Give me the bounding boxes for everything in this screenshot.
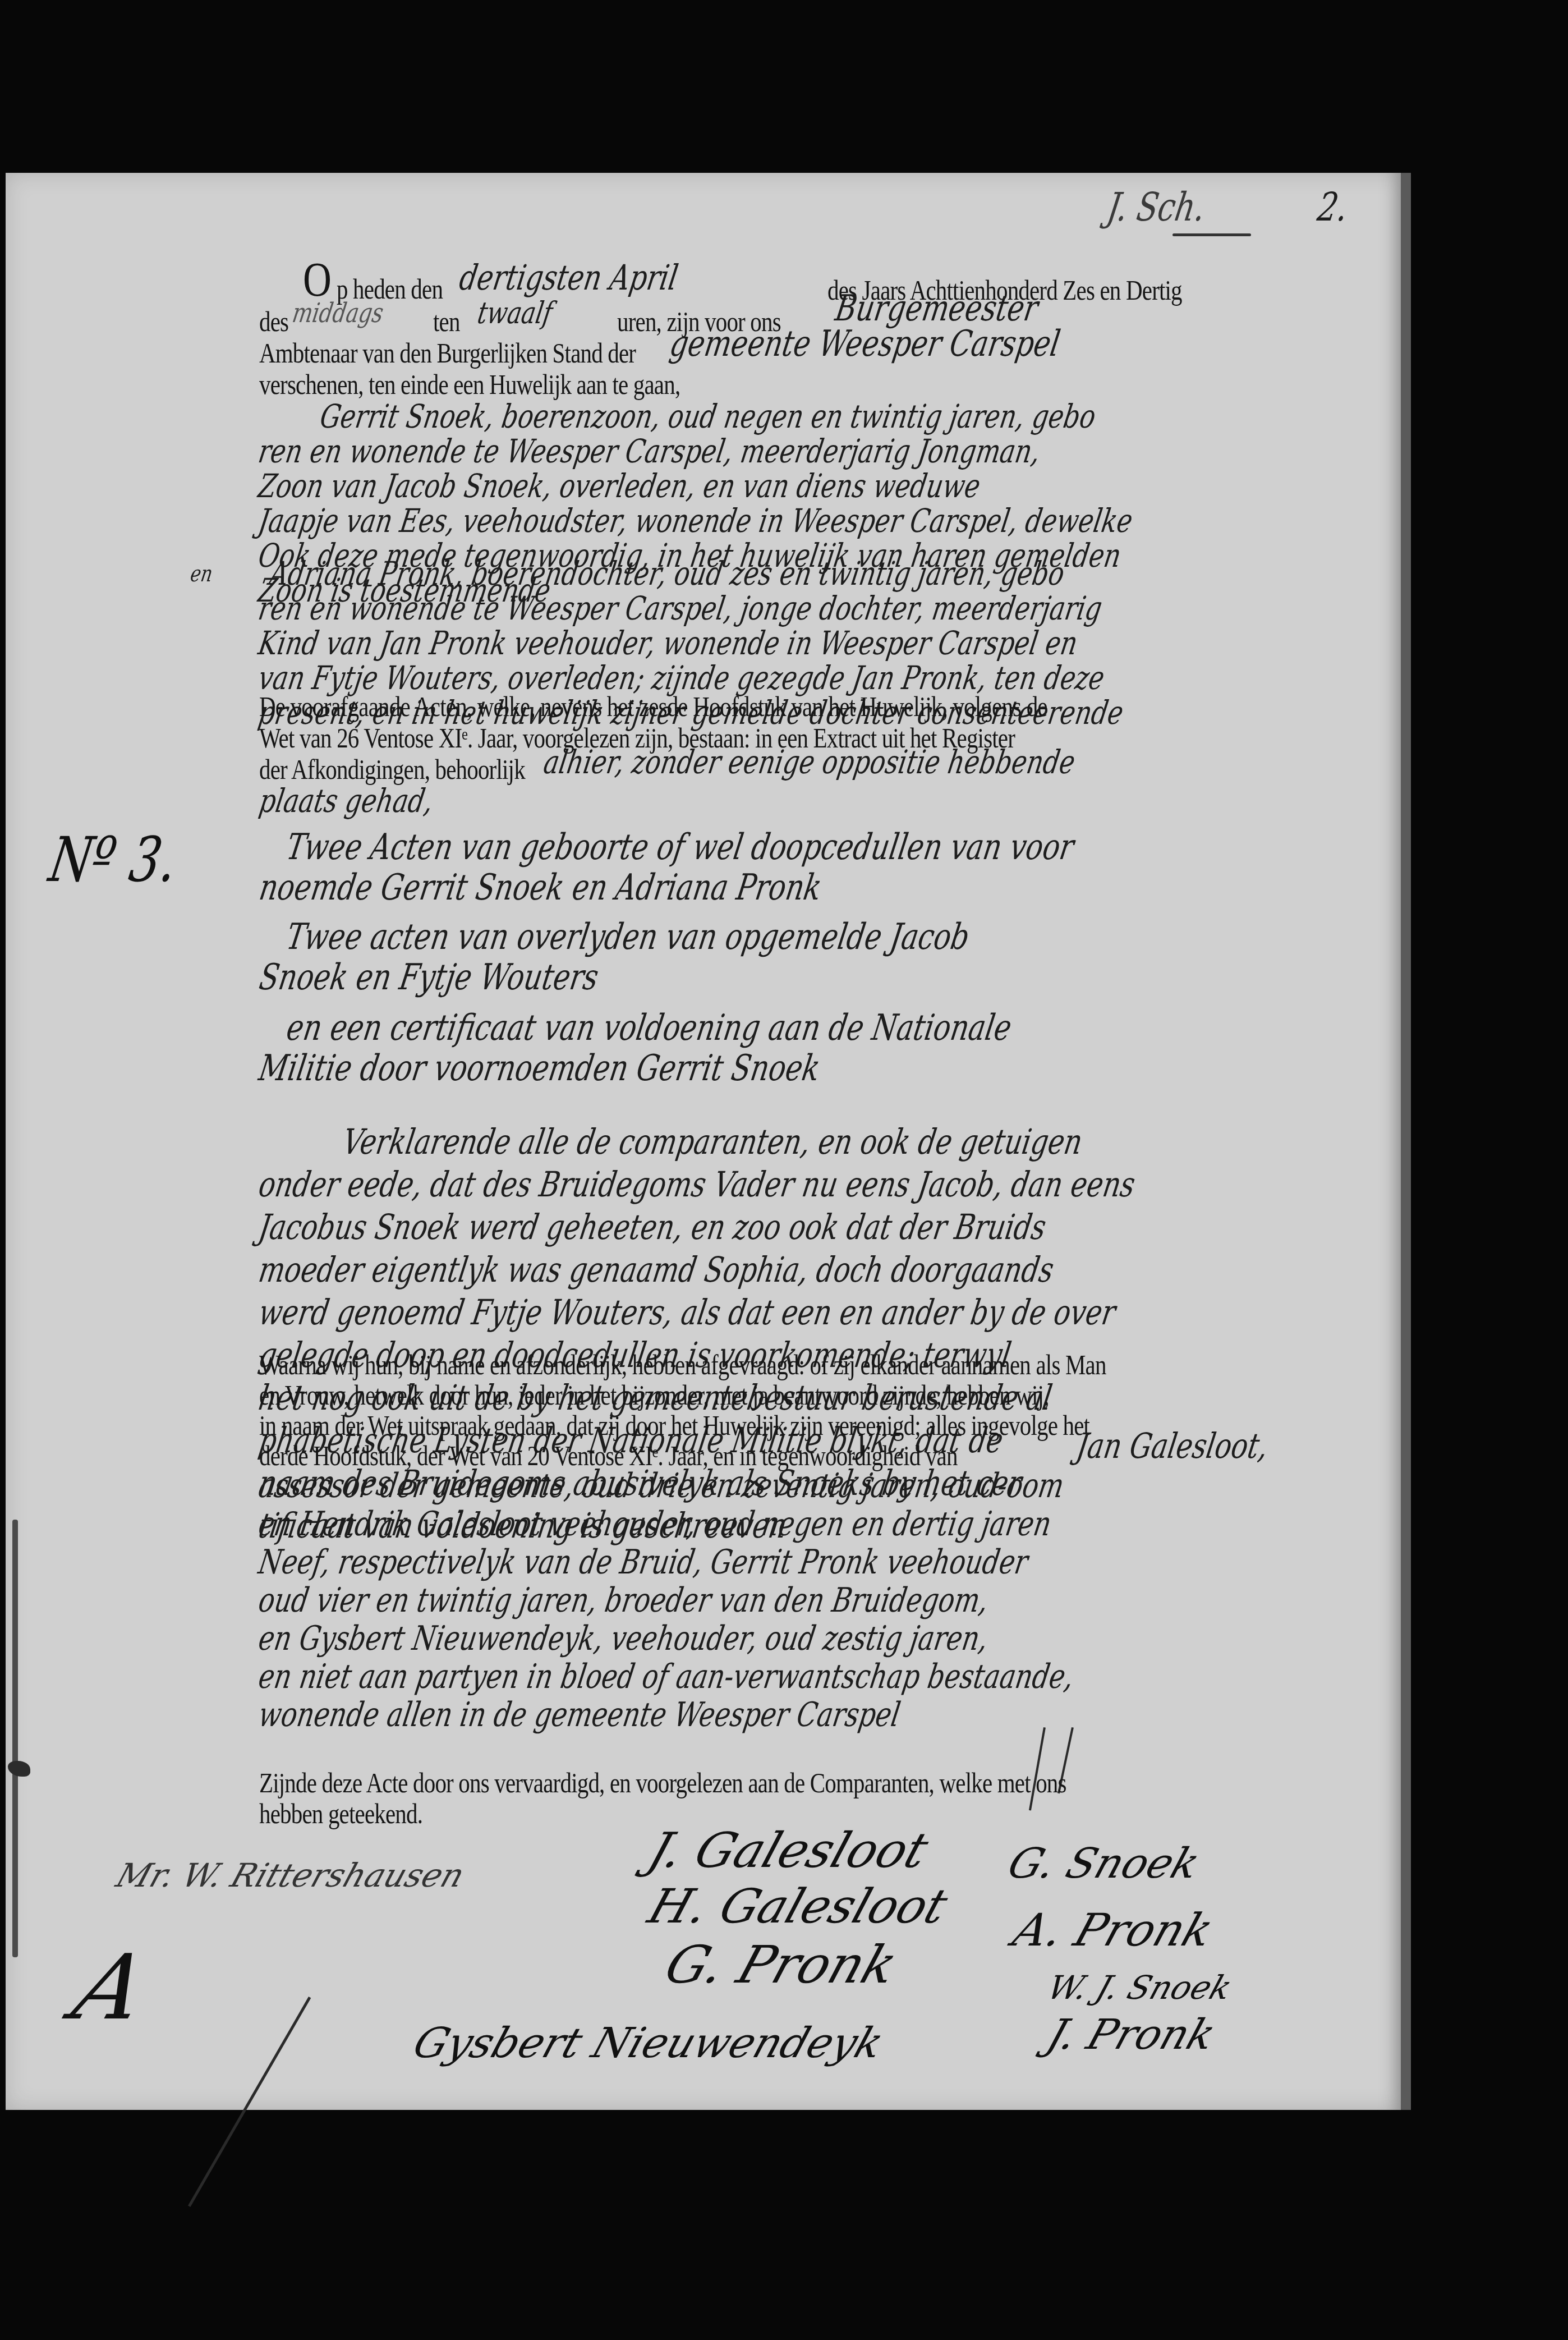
register-page: J. Sch. 2. O p heden den dertigsten Apri… bbox=[6, 173, 1411, 2110]
ceremony-printed-line: in naam der Wet uitspraak gedaan, dat zi… bbox=[259, 1409, 1089, 1442]
first-witness-name: Jan Galesloot, bbox=[1074, 1425, 1271, 1466]
margin-note-number: Nº 3. bbox=[44, 824, 182, 896]
ceremony-printed-line: Waarna wij hun, bij name en afzonderlijk… bbox=[259, 1348, 1106, 1381]
acts-handwritten: plaats gehad, Twee Acten van geboorte of… bbox=[259, 782, 1295, 1093]
page-number: 2. bbox=[1314, 184, 1351, 230]
signature-groom: G. Snoek bbox=[1002, 1839, 1206, 1888]
opening-line-2-pre: des bbox=[259, 305, 288, 338]
groom-line: ren en wonende te Weesper Carspel, meerd… bbox=[256, 432, 1135, 467]
signature-father: J. Pronk bbox=[1041, 2011, 1221, 2059]
signature-witness-2: H. Galesloot bbox=[642, 1879, 954, 1934]
acts-line: Militie door voornoemden Gerrit Snoek bbox=[255, 1048, 1071, 1093]
handwritten-municipality: gemeente Weesper Carspel bbox=[667, 323, 1063, 365]
signature-bride: A. Pronk bbox=[1007, 1904, 1220, 1956]
witness-line: assessor der gemeente, oud drie en zeven… bbox=[256, 1466, 1077, 1504]
acts-line: plaats gehad, bbox=[255, 782, 1071, 827]
signature-flourish-stroke bbox=[188, 1997, 311, 2207]
witnesses-paragraph: assessor der gemeente, oud drie en zeven… bbox=[259, 1466, 1303, 1733]
declaration-line: moeder eigentlyk was genaamd Sophia, doc… bbox=[256, 1249, 1138, 1292]
signature-witness-3: G. Pronk bbox=[658, 1935, 905, 1995]
witness-line: wonende allen in de gemeente Weesper Car… bbox=[256, 1695, 1077, 1733]
signature-mother: W. J. Snoek bbox=[1043, 1969, 1237, 2007]
bride-line: Adriana Pronk, boerendochter, oud zes en… bbox=[268, 554, 1129, 589]
acts-line: en een certificaat van voldoening aan de… bbox=[284, 1007, 1077, 1048]
closing-printed-line: Zijnde deze Acte door ons vervaardigd, e… bbox=[259, 1767, 1066, 1799]
handwritten-date: dertigsten April bbox=[457, 257, 681, 298]
acts-printed-line: De voorafgaande Acten, welke, nevens het… bbox=[259, 690, 1047, 723]
handwritten-daypart: middags bbox=[290, 297, 385, 329]
binding-thread-knot bbox=[8, 1761, 30, 1777]
acts-line: Twee acten van overlyden van opgemelde J… bbox=[284, 916, 1077, 957]
declaration-line: Verklarende alle de comparanten, en ook … bbox=[340, 1121, 1157, 1164]
closing-printed-line: hebben geteekend. bbox=[259, 1797, 422, 1830]
groom-line: Zoon van Jacob Snoek, overleden, en van … bbox=[256, 467, 1135, 502]
bride-line: Kind van Jan Pronk veehouder, wonende in… bbox=[256, 624, 1126, 659]
binding-thread bbox=[12, 1520, 18, 1957]
bride-margin-label: en bbox=[188, 561, 214, 587]
signature-official-paraph: A bbox=[62, 1935, 160, 2040]
declaration-line: werd genoemd Fytje Wouters, als dat een … bbox=[256, 1292, 1138, 1334]
bride-line: ren en wonende te Weesper Carspel, jonge… bbox=[256, 589, 1126, 624]
witness-line: en Gysbert Nieuwendeyk, veehouder, oud z… bbox=[256, 1619, 1077, 1657]
witness-line: oud vier en twintig jaren, broeder van d… bbox=[256, 1581, 1077, 1619]
groom-line: Jaapje van Ees, veehoudster, wonende in … bbox=[256, 502, 1135, 536]
witness-line: en niet aan partyen in bloed of aan-verw… bbox=[256, 1657, 1077, 1695]
opening-line-4: verschenen, ten einde een Huwelijk aan t… bbox=[259, 368, 680, 401]
witness-line: Neef, respectivelyk van de Bruid, Gerrit… bbox=[256, 1543, 1077, 1581]
opening-line-3-pre: Ambtenaar van den Burgerlijken Stand der bbox=[259, 337, 636, 369]
declaration-line: onder eede, dat des Bruidegoms Vader nu … bbox=[256, 1164, 1138, 1206]
acts-printed-line-3: der Afkondigingen, behoorlijk bbox=[259, 753, 525, 786]
declaration-line: Jacobus Snoek werd geheeten, en zoo ook … bbox=[256, 1206, 1138, 1249]
bride-line: van Fytje Wouters, overleden; zijnde gez… bbox=[256, 659, 1126, 694]
opening-line-2-mid: ten bbox=[433, 305, 460, 338]
ceremony-printed-line: en Vrouw, hetwelk door hun, ieder in het… bbox=[259, 1379, 1049, 1411]
signature-official: Mr. W. Rittershausen bbox=[112, 1856, 469, 1894]
handwritten-hour: twaalf bbox=[475, 295, 555, 331]
groom-line: Gerrit Snoek, boerenzoon, oud negen en t… bbox=[318, 397, 1149, 432]
archive-reference-underline bbox=[1172, 233, 1251, 236]
acts-line: noemde Gerrit Snoek en Adriana Pronk bbox=[255, 867, 1072, 916]
archive-reference: J. Sch. bbox=[1104, 184, 1208, 230]
witness-line: en Hendrik Galesloot veehouder, oud nege… bbox=[256, 1504, 1077, 1543]
acts-handwritten-continuation: alhier, zonder eenige oppositie hebbende bbox=[541, 743, 1078, 781]
binding-edge bbox=[1401, 173, 1411, 2110]
signature-witness-1: J. Galesloot bbox=[642, 1823, 935, 1879]
acts-line: Snoek en Fytje Wouters bbox=[255, 957, 1072, 1007]
signature-witness-4: Gysbert Nieuwendeyk bbox=[407, 2019, 889, 2067]
acts-line: Twee Acten van geboorte of wel doopcedul… bbox=[284, 827, 1077, 867]
